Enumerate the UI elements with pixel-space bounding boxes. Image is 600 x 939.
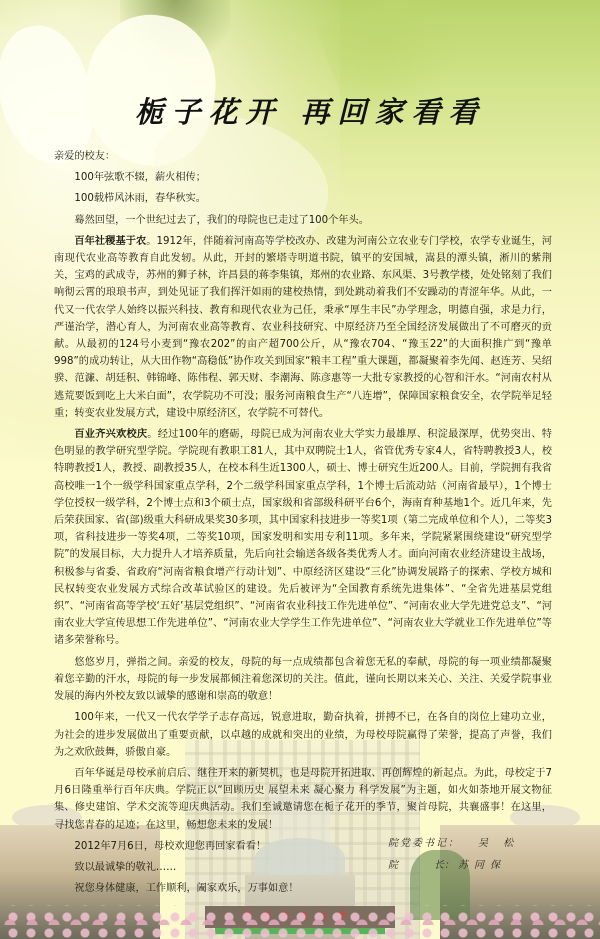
- section-heading: 百年社稷基于农: [74, 236, 146, 247]
- opening-line: 100年弦歌不辍，薪火相传；: [54, 169, 552, 186]
- signature-dean: 院 长： 苏同保: [388, 852, 558, 874]
- poster: 栀子花开 再回家看看 河南农业大学 亲爱的校友： 100年弦歌不辍，薪火相传； …: [0, 0, 600, 939]
- dean-title-part1: 院: [388, 856, 418, 871]
- secretary-name: 吴 松: [478, 834, 519, 849]
- letter-salutation: 亲爱的校友：: [54, 148, 552, 165]
- opening-line: 100载栉风沐雨，春华秋实。: [54, 190, 552, 207]
- section-text: 。经过100年的磨砺，母院已成为河南农业大学实力最雄厚、积淀最深厚，优势突出、特…: [54, 429, 552, 646]
- section-paragraph: 百业齐兴欢校庆。经过100年的磨砺，母院已成为河南农业大学实力最雄厚、积淀最深厚…: [54, 426, 552, 650]
- signature-secretary: 院党委书记： 吴 松: [388, 830, 558, 852]
- secretary-title: 院党委书记：: [388, 834, 478, 849]
- body-paragraph: 百年华诞是母校承前启后、继往开来的新契机，也是母院开拓进取、再创辉煌的新起点。为…: [54, 765, 552, 834]
- body-paragraph: 悠悠岁月，弹指之间。亲爱的校友，母院的每一点成绩都包含着您无私的奉献，母院的每一…: [54, 654, 552, 706]
- body-paragraph: 100年来，一代又一代农学学子志存高远，锐意进取，勤奋执着，拼搏不已，在各自的岗…: [54, 709, 552, 761]
- cherry-blossom-icon: [0, 905, 600, 939]
- letter-body: 亲爱的校友： 100年弦歌不辍，薪火相传； 100载栉风沐雨，春华秋实。 蓦然回…: [54, 148, 552, 897]
- dean-title-part2: 长：: [418, 856, 458, 871]
- dean-name: 苏同保: [458, 856, 506, 871]
- intro-paragraph: 蓦然回望，一个世纪过去了，我们的母院也已走过了100个年头。: [54, 212, 552, 229]
- closing-line: 祝您身体健康，工作顺利，阖家欢乐，万事如意！: [54, 880, 552, 897]
- section-text: 。1912年，伴随着河南高等学校改办、改建为河南公立农业专门学校，农学专业诞生，…: [54, 236, 552, 419]
- poster-title: 栀子花开 再回家看看: [100, 90, 520, 131]
- signature-block: 院党委书记： 吴 松 院 长： 苏同保: [388, 830, 558, 874]
- section-paragraph: 百年社稷基于农。1912年，伴随着河南高等学校改办、改建为河南公立农业专门学校，…: [54, 233, 552, 422]
- section-heading: 百业齐兴欢校庆: [74, 429, 147, 440]
